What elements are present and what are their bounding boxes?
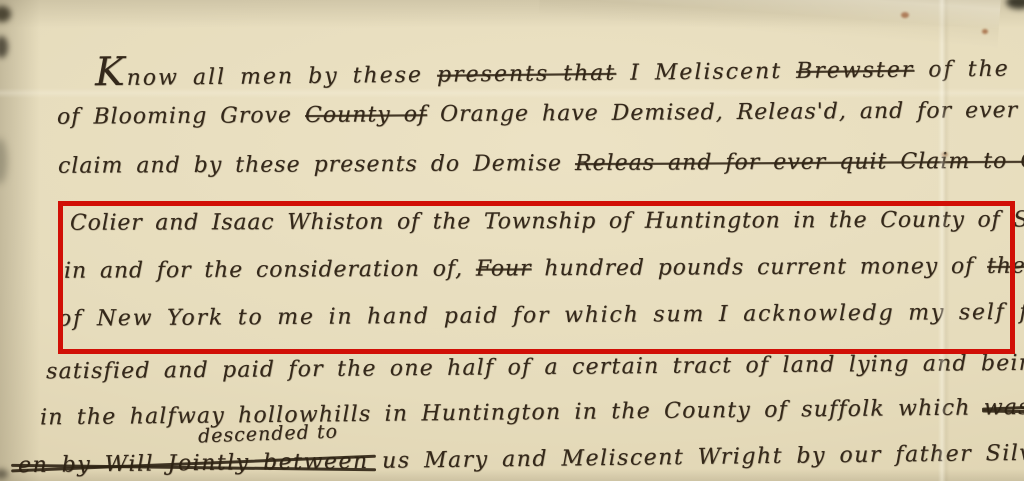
- manuscript-line: of Blooming Grove County of Orange have …: [57, 97, 1024, 129]
- handwritten-text: of Blooming Grove: [57, 103, 305, 130]
- manuscript-line: in the halfway hollowhills in Huntington…: [40, 395, 1024, 431]
- handwritten-text: us Mary and Meliscent Wright by our fath…: [368, 441, 1024, 474]
- struck-text: en by Will Jointly between: [18, 449, 369, 478]
- manuscript-line: en by Will Jointly between us Mary and M…: [18, 441, 1024, 478]
- manuscript-line: Know all men by these presents that I Me…: [95, 39, 1024, 95]
- handwritten-text: in the halfway hollowhills in Huntington…: [40, 395, 984, 430]
- annotation-box: [58, 201, 1015, 354]
- handwritten-text: claim and by these presents do Demise: [58, 151, 575, 179]
- document-scan: Know all men by these presents that I Me…: [0, 0, 1024, 481]
- struck-text: Brewster: [796, 58, 914, 84]
- struck-text: County of: [305, 102, 427, 128]
- struck-text: presents that: [437, 61, 616, 88]
- manuscript-line: satisfied and paid for the one half of a…: [46, 351, 1024, 385]
- struck-text: Releas and for ever quit Claim to Charle…: [575, 148, 1024, 176]
- handwritten-text: satisfied and paid for the one half of a…: [46, 351, 1024, 385]
- handwritten-text: Know all men by these: [95, 63, 437, 92]
- handwritten-text: of the Town: [914, 56, 1024, 83]
- handwritten-text: I Meliscent: [616, 59, 796, 86]
- handwritten-text: Orange have Demised, Releas'd, and for e…: [427, 97, 1024, 127]
- struck-text: was gi: [984, 395, 1024, 421]
- manuscript-line: claim and by these presents do Demise Re…: [58, 148, 1024, 179]
